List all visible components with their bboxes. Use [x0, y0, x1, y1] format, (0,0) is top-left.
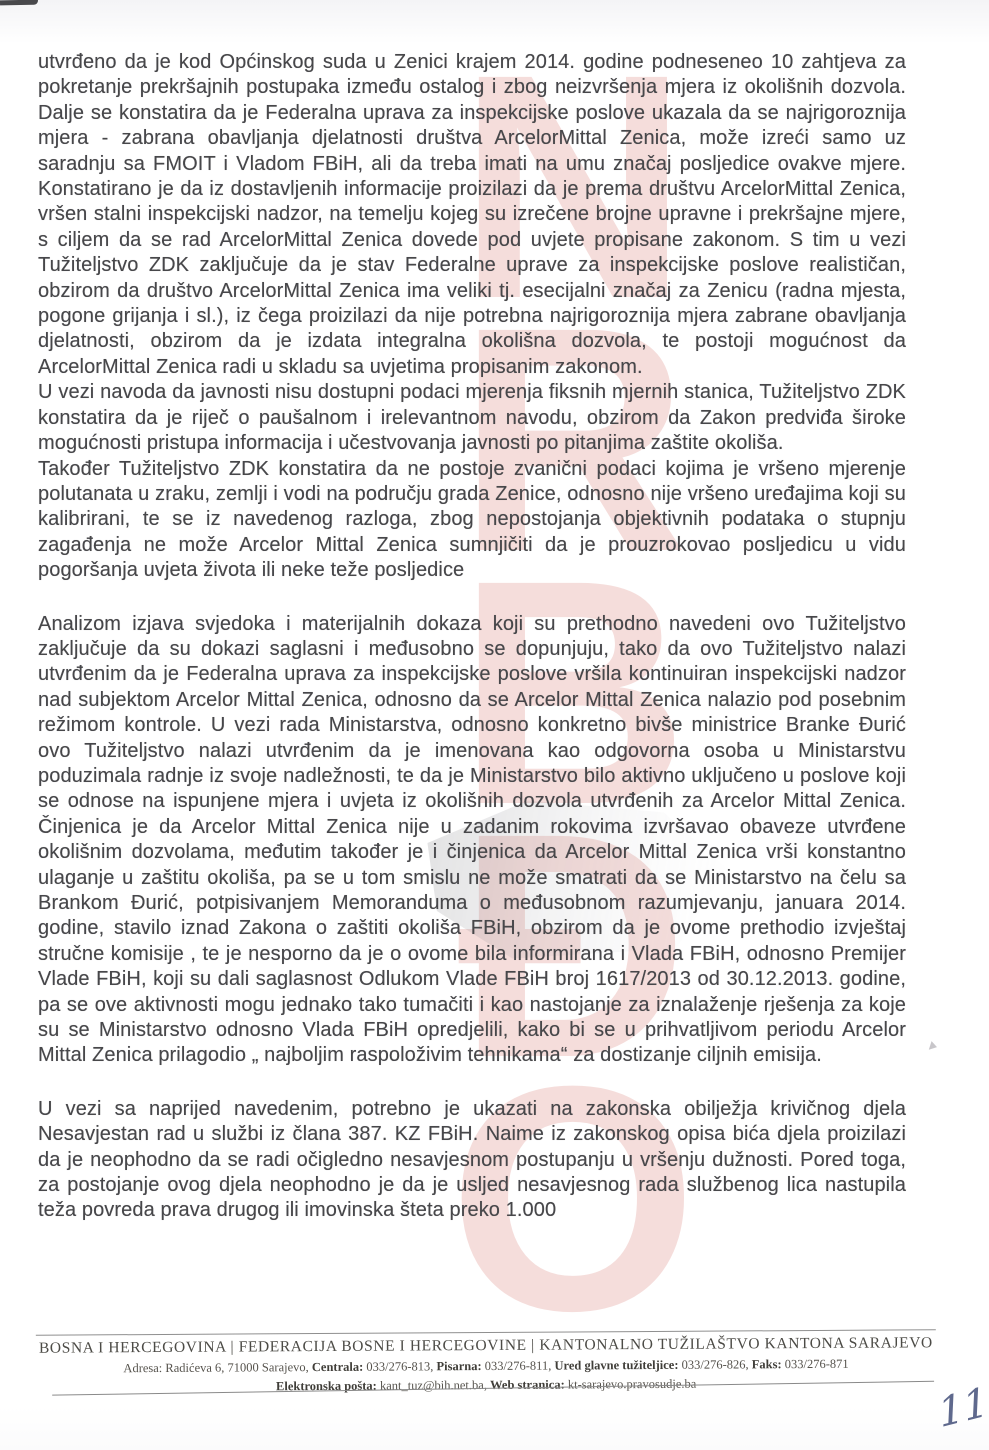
footer-value: 033/276-871 [782, 1357, 849, 1371]
paragraph: Analizom izjava svjedoka i materijalnih … [38, 612, 906, 1069]
footer-label-pisarna: Pisarna: [436, 1359, 481, 1373]
footer-label-centrala: Centrala: [312, 1360, 363, 1374]
document-body: utvrđeno da je kod Općinskog suda u Zeni… [38, 50, 906, 1224]
pointer-mark-artifact [929, 1041, 938, 1052]
footer-label-adresa: Adresa: [123, 1361, 162, 1375]
footer-value: 033/276-813, [363, 1359, 436, 1373]
footer-label-ured: Ured glavne tužiteljice: [554, 1358, 678, 1373]
paragraph: Također Tužiteljstvo ZDK konstatira da n… [38, 457, 906, 584]
scanned-page: N R B Đ O utvrđeno da je kod Općinskog s… [0, 0, 989, 1450]
paragraph: utvrđeno da je kod Općinskog suda u Zeni… [38, 50, 906, 380]
paragraph: U vezi sa naprijed navedenim, potrebno j… [38, 1097, 906, 1224]
footer-contact-line: Adresa: Radićeva 6, 71000 Sarajevo, Cent… [36, 1356, 936, 1376]
footer-label-web: Web stranica: [490, 1378, 565, 1392]
footer-institution-line: BOSNA I HERCEGOVINA | FEDERACIJA BOSNE I… [36, 1334, 936, 1357]
footer-value: Radićeva 6, 71000 Sarajevo, [162, 1360, 312, 1375]
footer-label-faks: Faks: [752, 1357, 782, 1371]
scan-edge-artifact [0, 0, 38, 5]
footer-value: 033/276-826, [678, 1357, 751, 1371]
handwritten-page-number: 11 [936, 1379, 989, 1437]
paragraph: U vezi navoda da javnosti nisu dostupni … [38, 380, 906, 456]
footer-value: 033/276-811, [482, 1359, 555, 1373]
letterhead-footer: BOSNA I HERCEGOVINA | FEDERACIJA BOSNE I… [36, 1329, 936, 1395]
